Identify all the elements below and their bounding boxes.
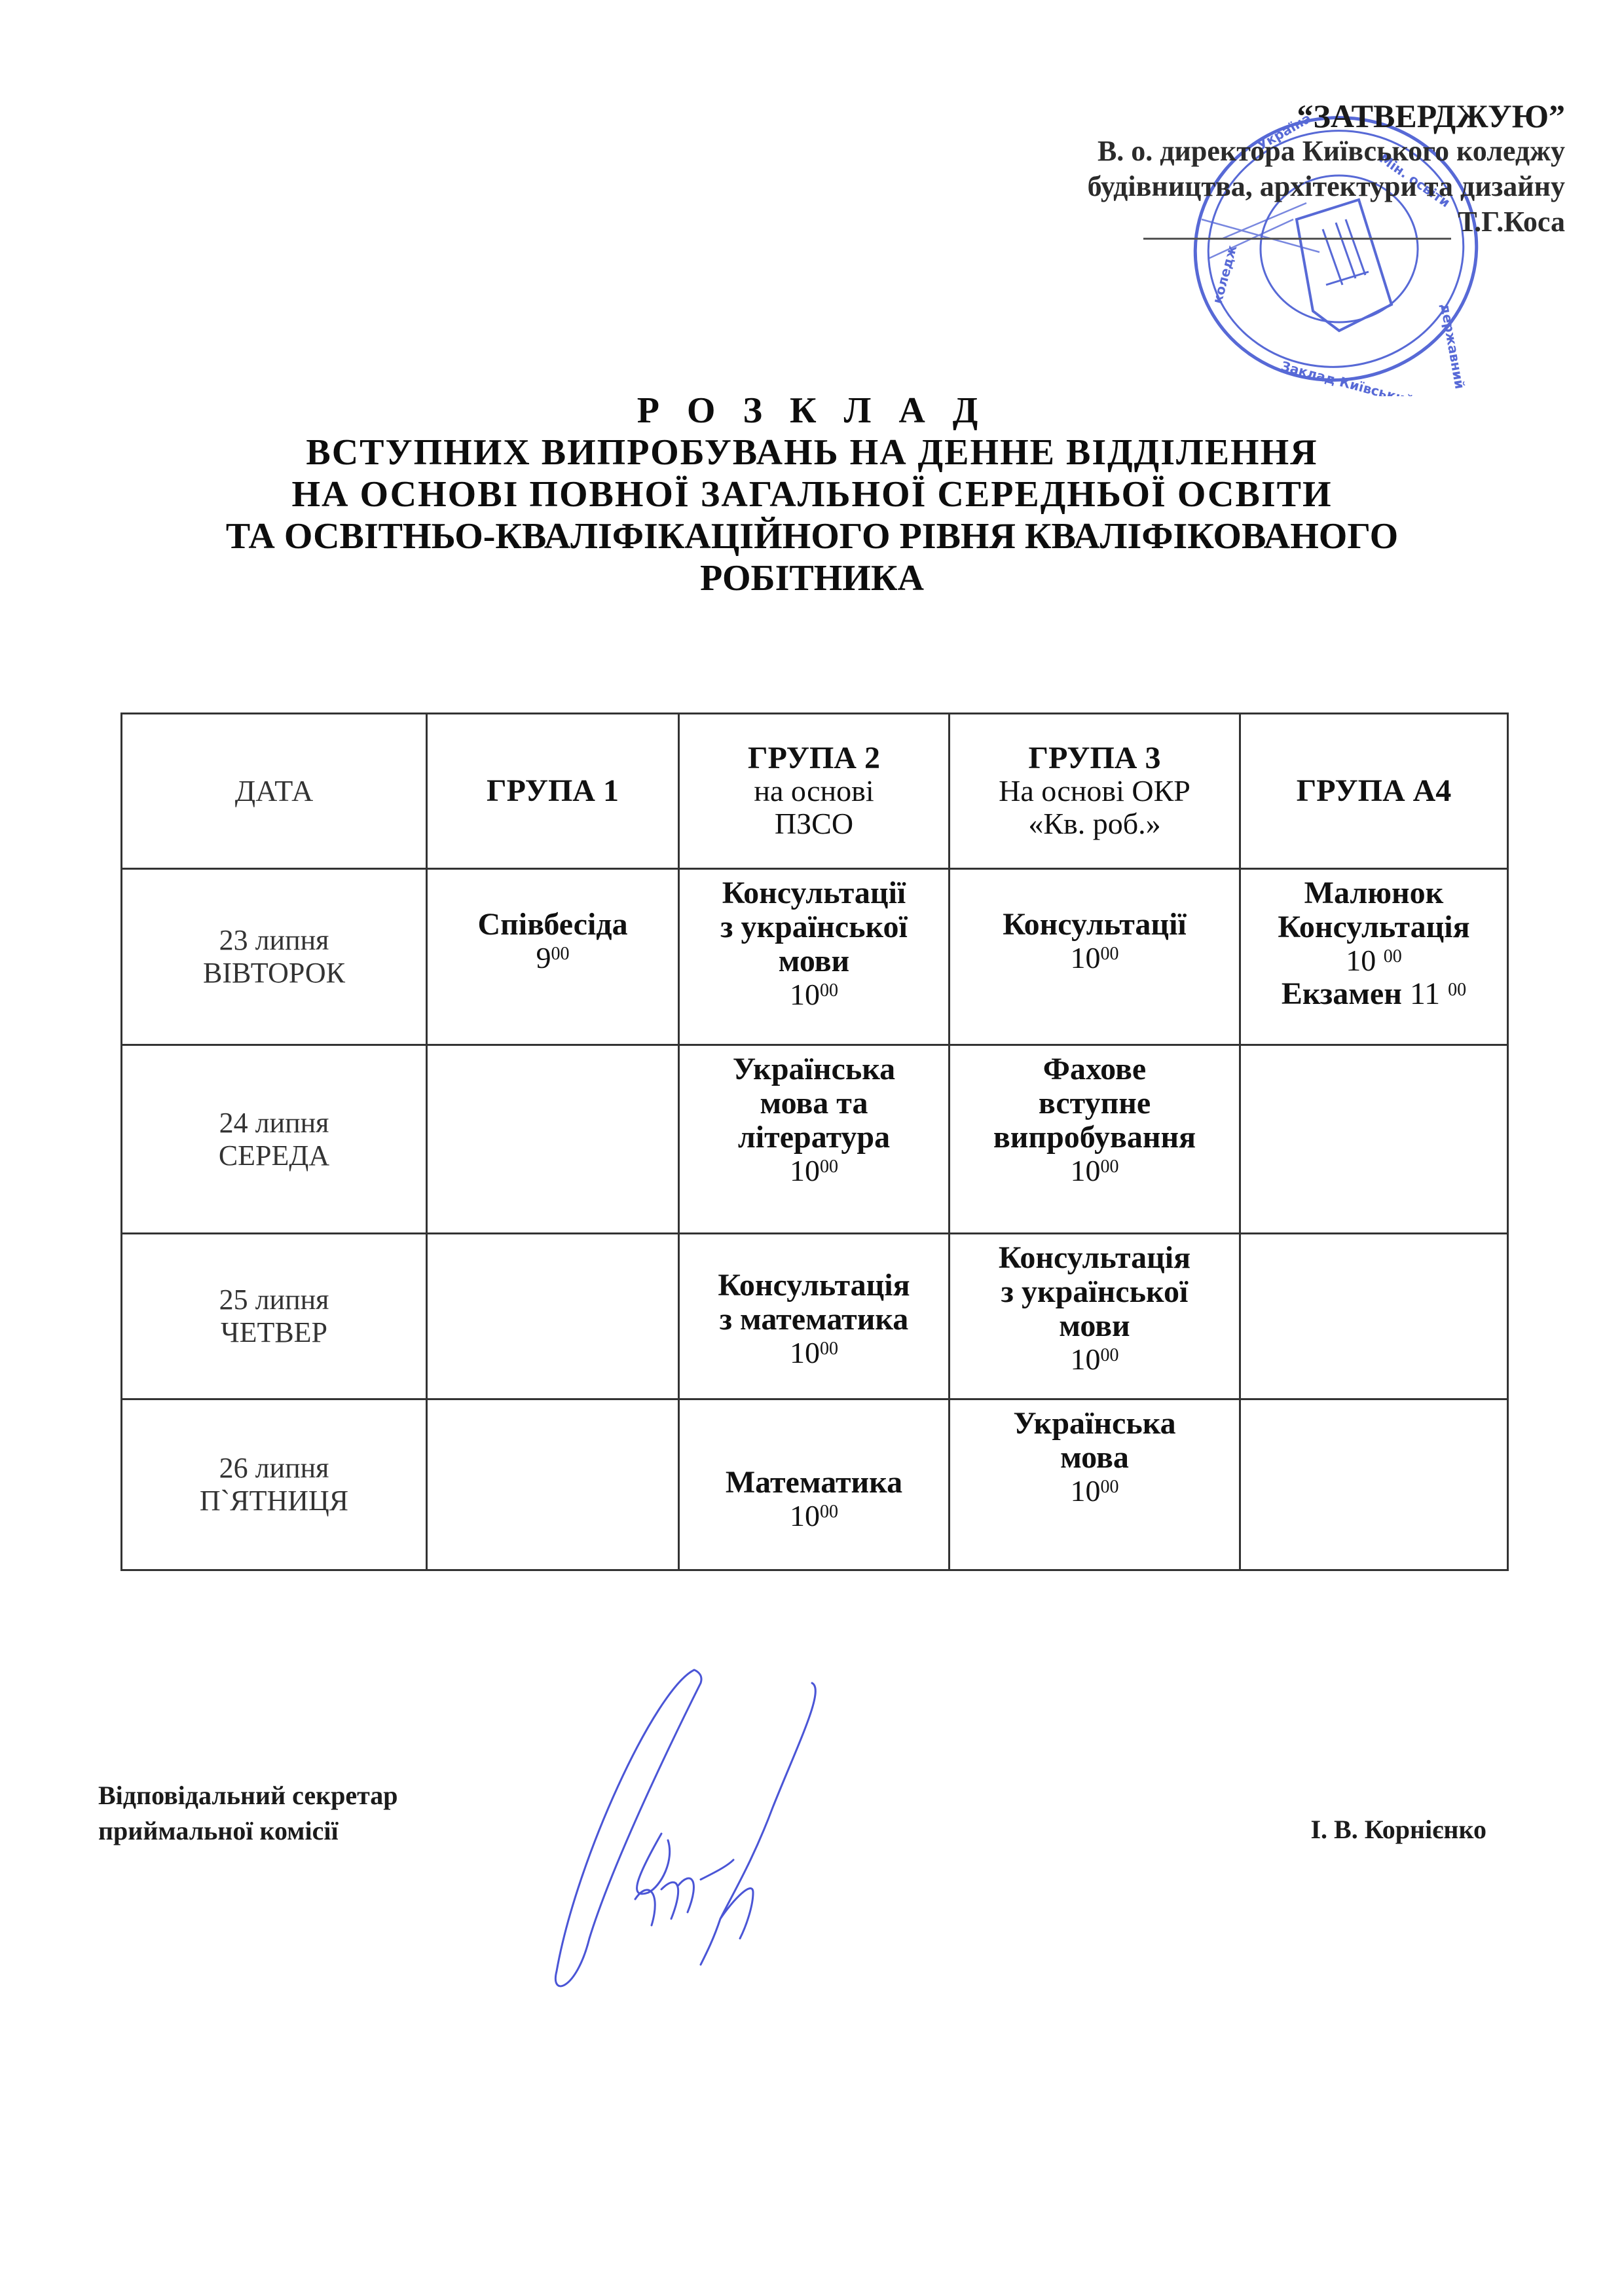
header-cell-group-2: ГРУПА 2на основіПЗСО — [679, 714, 950, 869]
time-minutes: 00 — [820, 980, 838, 1001]
time-minutes: 00 — [1101, 1345, 1119, 1365]
svg-text:Заклад Київський: Заклад Київський — [1280, 358, 1416, 396]
event-name: з української — [684, 910, 944, 944]
event-name: Консультації — [954, 908, 1235, 942]
event-name: випробування — [954, 1120, 1235, 1155]
event-cell-g3: Фаховевступневипробування1000 — [950, 1045, 1240, 1234]
date-value: 26 липня — [126, 1452, 422, 1485]
approval-signatory-row: Т.Г.Коса — [1088, 204, 1565, 240]
event-cell-a4 — [1240, 1045, 1508, 1234]
event-cell-a4 — [1240, 1399, 1508, 1570]
event-cell-g2: Консультаціїз українськоїмови1000 — [679, 869, 950, 1045]
responsible-name: І. В. Корнієнко — [1310, 1814, 1486, 1845]
schedule-table: ДАТАГРУПА 1ГРУПА 2на основіПЗСОГРУПА 3На… — [120, 713, 1509, 1571]
event-cell-g3: Консультації1000 — [950, 869, 1240, 1045]
date-cell: 26 липняП`ЯТНИЦЯ — [122, 1399, 427, 1570]
event-name: Консультації — [684, 876, 944, 910]
event-name: Українська — [684, 1052, 944, 1086]
event-name: Фахове — [954, 1052, 1235, 1086]
header-cell-group-3: ГРУПА 3На основі ОКР«Кв. роб.» — [950, 714, 1240, 869]
event-cell-g3: Українськамова1000 — [950, 1399, 1240, 1570]
exam-line: Екзамен 11 00 — [1245, 977, 1503, 1011]
event-name: Українська — [954, 1407, 1235, 1441]
header-cell-group-4: ГРУПА А4 — [1240, 714, 1508, 869]
weekday-value: ЧЕТВЕР — [126, 1316, 422, 1349]
header-subtitle: «Кв. роб.» — [954, 807, 1235, 840]
time-minutes: 00 — [1384, 946, 1402, 967]
time-value: 11 00 — [1402, 976, 1466, 1011]
event-name: Співбесіда — [432, 908, 674, 942]
position-line-1: Відповідальний секретар — [98, 1778, 398, 1813]
date-value: 23 липня — [126, 924, 422, 957]
event-name: Консультація — [1245, 910, 1503, 944]
table-row: 24 липняСЕРЕДАУкраїнськамова талітератур… — [122, 1045, 1508, 1234]
time-minutes: 00 — [820, 1502, 838, 1522]
event-name: з математика — [684, 1303, 944, 1337]
table-row: 23 липняВІВТОРОКСпівбесіда900Консультаці… — [122, 869, 1508, 1045]
date-cell: 23 липняВІВТОРОК — [122, 869, 427, 1045]
table-header-row: ДАТАГРУПА 1ГРУПА 2на основіПЗСОГРУПА 3На… — [122, 714, 1508, 869]
title-line-2: ВСТУПНИХ ВИПРОБУВАНЬ НА ДЕННЕ ВІДДІЛЕННЯ — [0, 432, 1624, 473]
event-name: література — [684, 1120, 944, 1155]
header-title: ГРУПА 1 — [432, 775, 674, 807]
title-line-4: ТА ОСВІТНЬО-КВАЛІФІКАЦІЙНОГО РІВНЯ КВАЛІ… — [0, 515, 1624, 557]
approval-signatory: Т.Г.Коса — [1458, 206, 1565, 238]
event-cell-g1 — [427, 1399, 679, 1570]
time-minutes: 00 — [820, 1339, 838, 1359]
approval-position-line1: В. о. директора Київського коледжу — [1088, 134, 1565, 169]
event-cell-g2: Українськамова талітература1000 — [679, 1045, 950, 1234]
handwritten-signature-icon — [537, 1663, 917, 2004]
date-value: 24 липня — [126, 1107, 422, 1139]
title-line-5: РОБІТНИКА — [0, 557, 1624, 599]
header-cell-group-1: ГРУПА 1 — [427, 714, 679, 869]
approval-signature-line — [1143, 237, 1451, 240]
responsible-position: Відповідальний секретар приймальної комі… — [98, 1778, 398, 1849]
weekday-value: СЕРЕДА — [126, 1139, 422, 1172]
time-value: 1000 — [684, 978, 944, 1011]
time-value: 1000 — [954, 1343, 1235, 1376]
svg-text:коледж: коледж — [1209, 244, 1240, 306]
header-title: ГРУПА А4 — [1245, 775, 1503, 807]
event-name: Малюнок — [1245, 876, 1503, 910]
event-cell-g2: Математика1000 — [679, 1399, 950, 1570]
header-title: ГРУПА 3 — [954, 742, 1235, 775]
header-title: ДАТА — [126, 775, 422, 807]
event-name: Консультація — [954, 1241, 1235, 1275]
time-value: 1000 — [954, 1155, 1235, 1187]
time-value: 10 00 — [1245, 944, 1503, 977]
date-cell: 25 липняЧЕТВЕР — [122, 1234, 427, 1399]
approval-position-line2: будівництва, архітектури та дизайну — [1088, 169, 1565, 204]
event-cell-g2: Консультаціяз математика1000 — [679, 1234, 950, 1399]
time-minutes: 00 — [1101, 1477, 1119, 1497]
time-minutes: 00 — [551, 944, 570, 964]
time-value: 1000 — [954, 942, 1235, 974]
event-cell-g3: Консультаціяз українськоїмови1000 — [950, 1234, 1240, 1399]
time-value: 900 — [432, 942, 674, 974]
approval-block: “ЗАТВЕРДЖУЮ” В. о. директора Київського … — [1088, 98, 1565, 240]
event-name: мова — [954, 1441, 1235, 1475]
event-cell-g1: Співбесіда900 — [427, 869, 679, 1045]
approval-heading: “ЗАТВЕРДЖУЮ” — [1088, 98, 1565, 134]
table-row: 25 липняЧЕТВЕРКонсультаціяз математика10… — [122, 1234, 1508, 1399]
time-value: 1000 — [684, 1337, 944, 1369]
event-cell-g1 — [427, 1045, 679, 1234]
event-name: мова та — [684, 1086, 944, 1120]
time-value: 1000 — [954, 1475, 1235, 1508]
date-cell: 24 липняСЕРЕДА — [122, 1045, 427, 1234]
event-cell-a4: МалюнокКонсультація10 00Екзамен 11 00 — [1240, 869, 1508, 1045]
header-title: ГРУПА 2 — [684, 742, 944, 775]
table-body: 23 липняВІВТОРОКСпівбесіда900Консультаці… — [122, 869, 1508, 1570]
event-name: Математика — [684, 1466, 944, 1500]
svg-text:державний: державний — [1437, 303, 1468, 390]
header-cell-date: ДАТА — [122, 714, 427, 869]
time-minutes: 00 — [1101, 1157, 1119, 1177]
time-minutes: 00 — [820, 1157, 838, 1177]
weekday-value: П`ЯТНИЦЯ — [126, 1485, 422, 1517]
date-value: 25 липня — [126, 1284, 422, 1316]
time-minutes: 00 — [1101, 944, 1119, 964]
weekday-value: ВІВТОРОК — [126, 957, 422, 990]
event-name: мови — [684, 944, 944, 978]
position-line-2: приймальної комісії — [98, 1813, 398, 1849]
event-name: вступне — [954, 1086, 1235, 1120]
time-value: 1000 — [684, 1500, 944, 1532]
event-name: мови — [954, 1309, 1235, 1343]
header-subtitle: ПЗСО — [684, 807, 944, 840]
table-row: 26 липняП`ЯТНИЦЯМатематика1000Українська… — [122, 1399, 1508, 1570]
event-name: Консультація — [684, 1268, 944, 1303]
event-cell-a4 — [1240, 1234, 1508, 1399]
time-value: 1000 — [684, 1155, 944, 1187]
event-cell-g1 — [427, 1234, 679, 1399]
title-line-3: НА ОСНОВІ ПОВНОЇ ЗАГАЛЬНОЇ СЕРЕДНЬОЇ ОСВ… — [0, 473, 1624, 515]
header-subtitle: на основі — [684, 775, 944, 807]
header-subtitle: На основі ОКР — [954, 775, 1235, 807]
event-name: з української — [954, 1275, 1235, 1309]
time-minutes: 00 — [1448, 980, 1466, 1000]
document-title: Р О З К Л А Д ВСТУПНИХ ВИПРОБУВАНЬ НА ДЕ… — [0, 390, 1624, 599]
